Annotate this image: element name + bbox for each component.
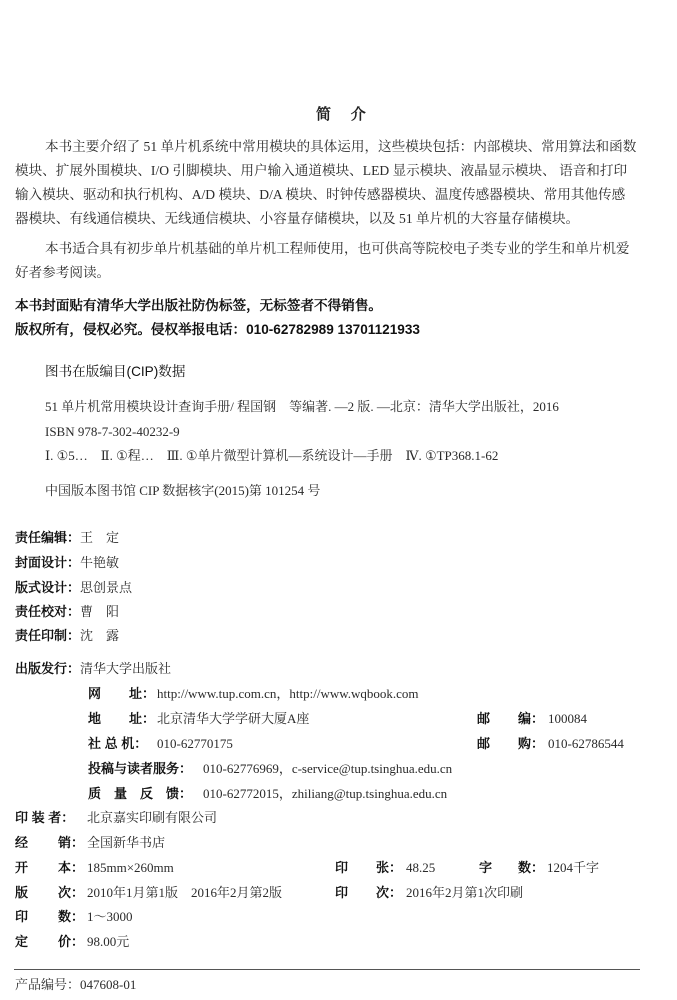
distributor-value: 全国新华书店 <box>87 836 165 849</box>
staff-row: 责任印制：沈 露 <box>15 628 119 644</box>
printer-label: 印 装 者： <box>15 811 74 824</box>
product-code: 产品编号：047608-01 <box>15 978 136 991</box>
postcode-label-a: 邮 <box>477 712 490 725</box>
edition-value: 2010年1月第1版 2016年2月第2版 <box>87 886 282 899</box>
print-run-value: 1～3000 <box>87 910 133 923</box>
edition-label-a: 版 <box>15 886 28 899</box>
staff-label: 封面设计： <box>15 555 80 570</box>
price-label-b: 价： <box>58 935 84 948</box>
intro-title: 简 介 <box>316 108 374 123</box>
address-label-a: 地 <box>88 712 101 725</box>
staff-value: 王 定 <box>80 530 119 545</box>
staff-row: 封面设计：牛艳敏 <box>15 555 119 571</box>
format-label-b: 本： <box>58 861 84 874</box>
paragraph-line: 好者参考阅读。 <box>15 266 110 280</box>
paragraph-line: 模块、扩展外围模块、I/O 引脚模块、用户输入通道模块、LED 显示模块、液晶显… <box>15 164 627 178</box>
staff-label: 责任印制： <box>15 628 80 643</box>
distributor-label-b: 销： <box>58 836 84 849</box>
staff-label: 版式设计： <box>15 580 80 595</box>
edition-label-b: 次： <box>58 886 84 899</box>
mail-order-label-b: 购： <box>518 737 544 750</box>
cip-isbn: ISBN 978-7-302-40232-9 <box>45 425 180 438</box>
print-run-label-a: 印 <box>15 910 28 923</box>
postcode-value: 100084 <box>548 712 587 725</box>
publisher-value: 清华大学出版社 <box>80 661 171 676</box>
footer-divider <box>14 969 640 970</box>
address-value: 北京清华大学学研大厦A座 <box>157 712 309 725</box>
price-label-a: 定 <box>15 935 28 948</box>
website-value: http://www.tup.com.cn，http://www.wqbook.… <box>157 687 419 700</box>
staff-value: 牛艳敏 <box>80 555 119 570</box>
cip-classification: Ⅰ. ①5… Ⅱ. ①程… Ⅲ. ①单片微型计算机—系统设计—手册 Ⅳ. ①TP… <box>45 449 498 462</box>
mail-order-value: 010-62786544 <box>548 737 624 750</box>
staff-row: 版式设计：思创景点 <box>15 580 132 596</box>
paragraph-line: 器模块、有线通信模块、无线通信模块、小容量存储模块，以及 51 单片机的大容量存… <box>15 212 579 226</box>
feedback-label: 质 量 反 馈： <box>88 787 192 800</box>
staff-value: 沈 露 <box>80 628 119 643</box>
price-value: 98.00元 <box>87 935 129 948</box>
publisher-row: 出版发行：清华大学出版社 <box>15 661 171 677</box>
staff-label: 责任校对： <box>15 604 80 619</box>
distributor-label-a: 经 <box>15 836 28 849</box>
submission-label: 投稿与读者服务： <box>88 762 192 775</box>
feedback-value: 010-62772015，zhiliang@tup.tsinghua.edu.c… <box>203 787 447 800</box>
cip-heading: 图书在版编目(CIP)数据 <box>45 365 185 379</box>
cip-title-line: 51 单片机常用模块设计查询手册/ 程国钢 等编著. —2 版. —北京：清华大… <box>45 400 559 413</box>
address-label-b: 址： <box>129 712 155 725</box>
word-count-value: 1204千字 <box>547 861 599 874</box>
word-count-label-a: 字 <box>479 861 492 874</box>
format-value: 185mm×260mm <box>87 861 174 874</box>
print-run-label-b: 数： <box>58 910 84 923</box>
cip-number: 中国版本图书馆 CIP 数据核字(2015)第 101254 号 <box>45 484 320 497</box>
impression-label-a: 印 <box>335 886 348 899</box>
submission-value: 010-62776969，c-service@tup.tsinghua.edu.… <box>203 762 452 775</box>
copyright-notice: 版权所有，侵权必究。侵权举报电话：010-62782989 1370112193… <box>15 323 420 337</box>
switchboard-value: 010-62770175 <box>157 737 233 750</box>
staff-row: 责任编辑：王 定 <box>15 530 119 546</box>
switchboard-label: 社 总 机： <box>88 737 147 750</box>
paragraph-line: 输入模块、驱动和执行机构、A/D 模块、D/A 模块、时钟传感器模块、温度传感器… <box>15 188 625 202</box>
postcode-label-b: 编： <box>518 712 544 725</box>
printer-value: 北京嘉实印刷有限公司 <box>87 811 217 824</box>
anti-counterfeit-notice: 本书封面贴有清华大学出版社防伪标签，无标签者不得销售。 <box>15 299 382 313</box>
word-count-label-b: 数： <box>518 861 544 874</box>
mail-order-label-a: 邮 <box>477 737 490 750</box>
format-label-a: 开 <box>15 861 28 874</box>
staff-value: 曹 阳 <box>80 604 119 619</box>
website-label-b: 址： <box>129 687 155 700</box>
impression-value: 2016年2月第1次印刷 <box>406 886 523 899</box>
publisher-label: 出版发行： <box>15 661 80 676</box>
staff-row: 责任校对：曹 阳 <box>15 604 119 620</box>
staff-value: 思创景点 <box>80 580 132 595</box>
sheets-label-a: 印 <box>335 861 348 874</box>
sheets-value: 48.25 <box>406 861 435 874</box>
impression-label-b: 次： <box>376 886 402 899</box>
paragraph-line: 本书主要介绍了 51 单片机系统中常用模块的具体运用，这些模块包括：内部模块、常… <box>45 140 636 154</box>
paragraph-line: 本书适合具有初步单片机基础的单片机工程师使用，也可供高等院校电子类专业的学生和单… <box>45 242 630 256</box>
staff-label: 责任编辑： <box>15 530 80 545</box>
sheets-label-b: 张： <box>376 861 402 874</box>
website-label-a: 网 <box>88 687 101 700</box>
